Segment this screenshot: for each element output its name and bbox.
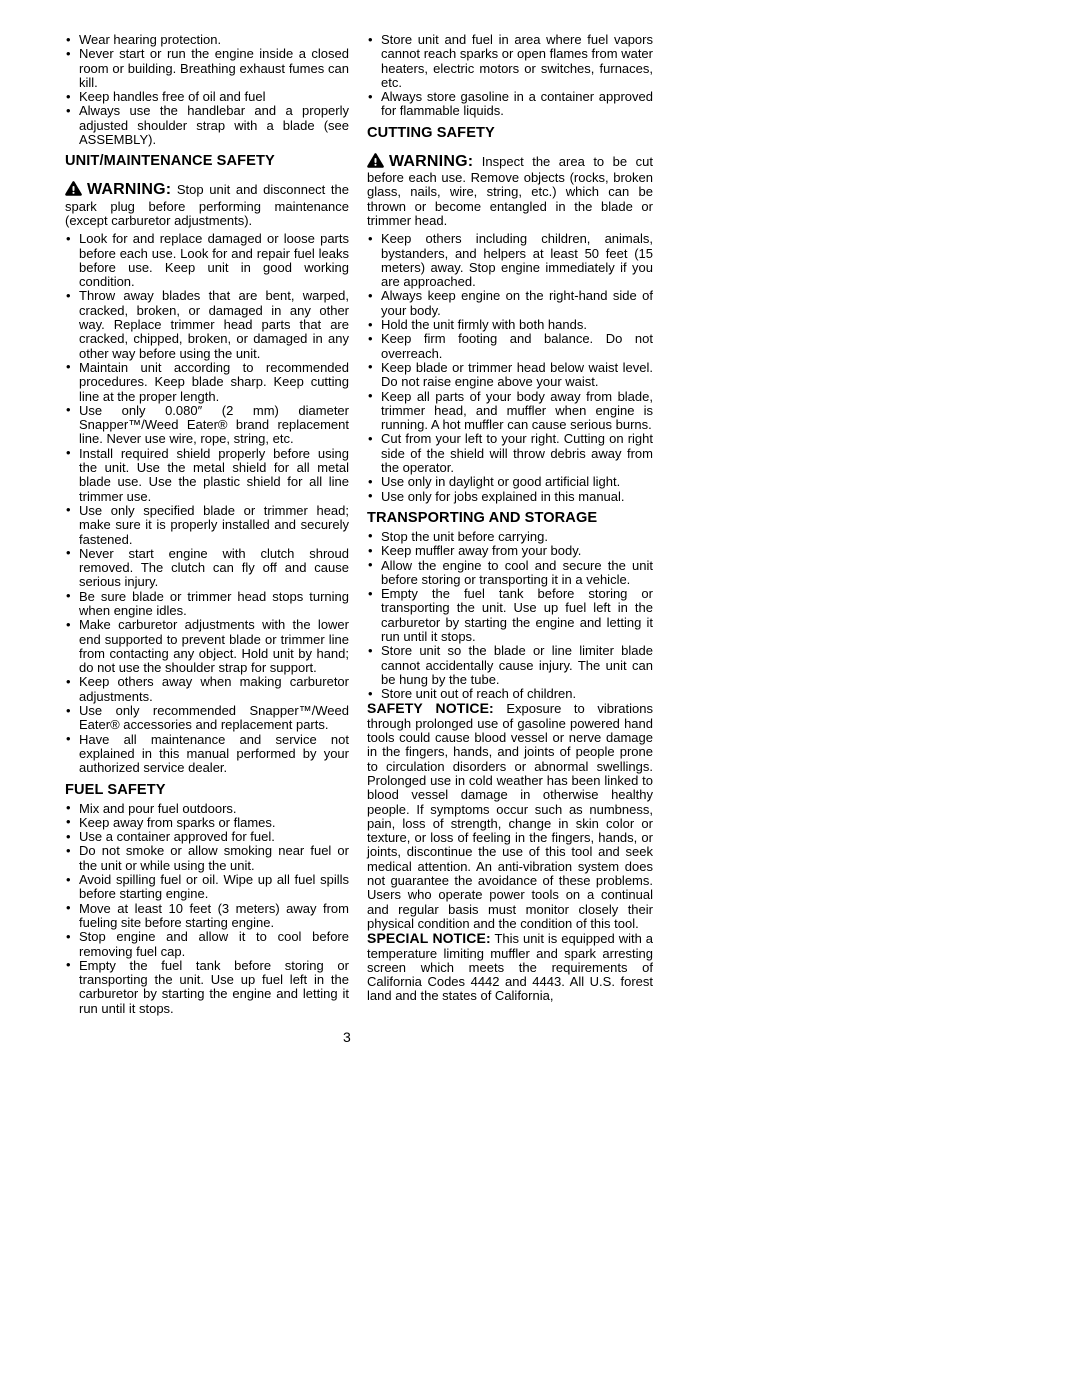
manual-page: •Wear hearing protection.•Never start or…: [0, 0, 1080, 1397]
list-item-text: Wear hearing protection.: [79, 32, 221, 47]
bullet-icon: •: [66, 901, 71, 915]
list-item-text: Install required shield properly before …: [79, 446, 349, 504]
bullet-icon: •: [66, 801, 71, 815]
list-item: •Use only in daylight or good artificial…: [367, 475, 653, 489]
list-item-text: Look for and replace damaged or loose pa…: [79, 231, 349, 289]
list-item: •Cut from your left to your right. Cutti…: [367, 432, 653, 475]
list-item: •Install required shield properly before…: [65, 447, 349, 504]
bullet-icon: •: [66, 232, 71, 246]
list-item: •Always store gasoline in a container ap…: [367, 90, 653, 119]
bullet-icon: •: [66, 33, 71, 47]
list-item-text: Stop the unit before carrying.: [381, 529, 548, 544]
list-item-text: Never start or run the engine inside a c…: [79, 46, 349, 90]
list-item: •Use only for jobs explained in this man…: [367, 490, 653, 504]
bullet-list: •Keep others including children, animals…: [367, 232, 653, 504]
list-item: •Never start engine with clutch shroud r…: [65, 547, 349, 590]
notice-paragraph: SPECIAL NOTICE: This unit is equipped wi…: [367, 931, 653, 1003]
bullet-icon: •: [368, 289, 373, 303]
warning-triangle-icon: [367, 153, 384, 171]
list-item: •Make carburetor adjustments with the lo…: [65, 618, 349, 675]
bullet-icon: •: [368, 389, 373, 403]
list-item-text: Hold the unit firmly with both hands.: [381, 317, 587, 332]
bullet-list: •Stop the unit before carrying.•Keep muf…: [367, 530, 653, 702]
bullet-icon: •: [368, 687, 373, 701]
list-item: •Use only specified blade or trimmer hea…: [65, 504, 349, 547]
bullet-icon: •: [66, 618, 71, 632]
list-item: •Stop the unit before carrying.: [367, 530, 653, 544]
list-item: •Do not smoke or allow smoking near fuel…: [65, 844, 349, 873]
list-item-text: Empty the fuel tank before storing or tr…: [79, 958, 349, 1016]
list-item: •Move at least 10 feet (3 meters) away f…: [65, 902, 349, 931]
list-item: •Hold the unit firmly with both hands.: [367, 318, 653, 332]
bullet-icon: •: [368, 489, 373, 503]
list-item-text: Use only in daylight or good artificial …: [381, 474, 620, 489]
list-item: •Keep blade or trimmer head below waist …: [367, 361, 653, 390]
bullet-icon: •: [66, 675, 71, 689]
bullet-icon: •: [66, 90, 71, 104]
list-item-text: Store unit so the blade or line limiter …: [381, 643, 653, 687]
list-item-text: Keep firm footing and balance. Do not ov…: [381, 331, 653, 360]
list-item-text: Allow the engine to cool and secure the …: [381, 558, 653, 587]
list-item-text: Empty the fuel tank before storing or tr…: [381, 586, 653, 644]
bullet-icon: •: [66, 830, 71, 844]
bullet-icon: •: [368, 232, 373, 246]
list-item-text: Always use the handlebar and a properly …: [79, 103, 349, 147]
list-item-text: Keep blade or trimmer head below waist l…: [381, 360, 653, 389]
list-item: •Have all maintenance and service not ex…: [65, 733, 349, 776]
list-item-text: Always store gasoline in a container app…: [381, 89, 653, 118]
bullet-icon: •: [368, 644, 373, 658]
list-item-text: Keep others away when making carburetor …: [79, 674, 349, 703]
list-item-text: Be sure blade or trimmer head stops turn…: [79, 589, 349, 618]
bullet-icon: •: [368, 332, 373, 346]
list-item: •Store unit and fuel in area where fuel …: [367, 33, 653, 90]
column-right: •Store unit and fuel in area where fuel …: [367, 33, 653, 1004]
list-item: •Mix and pour fuel outdoors.: [65, 802, 349, 816]
list-item: •Empty the fuel tank before storing or t…: [65, 959, 349, 1016]
page-number: 3: [343, 1029, 351, 1045]
list-item-text: Have all maintenance and service not exp…: [79, 732, 349, 776]
list-item-text: Maintain unit according to recommended p…: [79, 360, 349, 404]
list-item: •Keep muffler away from your body.: [367, 544, 653, 558]
list-item: •Keep others away when making carburetor…: [65, 675, 349, 704]
bullet-icon: •: [66, 844, 71, 858]
list-item-text: Keep all parts of your body away from bl…: [381, 389, 653, 433]
bullet-list: •Store unit and fuel in area where fuel …: [367, 33, 653, 119]
bullet-icon: •: [66, 503, 71, 517]
list-item-text: Keep away from sparks or flames.: [79, 815, 276, 830]
list-item-text: Do not smoke or allow smoking near fuel …: [79, 843, 349, 872]
list-item: •Avoid spilling fuel or oil. Wipe up all…: [65, 873, 349, 902]
list-item: •Wear hearing protection.: [65, 33, 349, 47]
list-item: •Always use the handlebar and a properly…: [65, 104, 349, 147]
bullet-icon: •: [368, 432, 373, 446]
warning-label: WARNING:: [87, 181, 171, 198]
bullet-icon: •: [368, 90, 373, 104]
list-item: •Stop engine and allow it to cool before…: [65, 930, 349, 959]
bullet-icon: •: [66, 704, 71, 718]
bullet-icon: •: [66, 815, 71, 829]
bullet-icon: •: [66, 873, 71, 887]
list-item: •Keep away from sparks or flames.: [65, 816, 349, 830]
list-item: •Be sure blade or trimmer head stops tur…: [65, 590, 349, 619]
list-item-text: Use only 0.080″ (2 mm) diameter Snapper™…: [79, 403, 349, 447]
bullet-icon: •: [368, 360, 373, 374]
bullet-icon: •: [66, 589, 71, 603]
column-left: •Wear hearing protection.•Never start or…: [65, 33, 349, 1016]
bullet-icon: •: [66, 403, 71, 417]
list-item: •Use a container approved for fuel.: [65, 830, 349, 844]
bullet-icon: •: [66, 360, 71, 374]
bullet-icon: •: [66, 47, 71, 61]
list-item: •Look for and replace damaged or loose p…: [65, 232, 349, 289]
section-heading: FUEL SAFETY: [65, 782, 349, 799]
bullet-icon: •: [368, 318, 373, 332]
bullet-icon: •: [66, 446, 71, 460]
bullet-icon: •: [66, 546, 71, 560]
bullet-icon: •: [368, 544, 373, 558]
warning-label: WARNING:: [389, 153, 473, 170]
section-heading: UNIT/MAINTENANCE SAFETY: [65, 153, 349, 170]
warning-paragraph: WARNING: Inspect the area to be cut befo…: [367, 153, 653, 228]
warning-triangle-icon: [65, 181, 82, 199]
list-item-text: Use only for jobs explained in this manu…: [381, 489, 625, 504]
bullet-icon: •: [66, 104, 71, 118]
bullet-icon: •: [66, 732, 71, 746]
notice-text: Exposure to vibrations through prolonged…: [367, 701, 653, 930]
section-heading: TRANSPORTING AND STORAGE: [367, 510, 653, 527]
document-page: { "page": { "number": "3" }, "icons": { …: [0, 0, 1080, 1397]
list-item: •Keep handles free of oil and fuel: [65, 90, 349, 104]
list-item: •Keep others including children, animals…: [367, 232, 653, 289]
bullet-icon: •: [368, 33, 373, 47]
bullet-icon: •: [66, 958, 71, 972]
bullet-icon: •: [66, 289, 71, 303]
list-item: •Keep firm footing and balance. Do not o…: [367, 332, 653, 361]
list-item: •Use only 0.080″ (2 mm) diameter Snapper…: [65, 404, 349, 447]
bullet-icon: •: [368, 587, 373, 601]
list-item-text: Throw away blades that are bent, warped,…: [79, 288, 349, 360]
list-item-text: Keep others including children, animals,…: [381, 231, 653, 289]
list-item-text: Make carburetor adjustments with the low…: [79, 617, 349, 675]
list-item: •Allow the engine to cool and secure the…: [367, 559, 653, 588]
list-item-text: Never start engine with clutch shroud re…: [79, 546, 349, 590]
list-item: •Store unit out of reach of children.: [367, 687, 653, 701]
list-item-text: Keep muffler away from your body.: [381, 543, 581, 558]
list-item: •Store unit so the blade or line limiter…: [367, 644, 653, 687]
list-item: •Empty the fuel tank before storing or t…: [367, 587, 653, 644]
list-item-text: Use only specified blade or trimmer head…: [79, 503, 349, 547]
bullet-list: •Look for and replace damaged or loose p…: [65, 232, 349, 775]
list-item: •Throw away blades that are bent, warped…: [65, 289, 349, 360]
list-item-text: Avoid spilling fuel or oil. Wipe up all …: [79, 872, 349, 901]
list-item-text: Keep handles free of oil and fuel: [79, 89, 265, 104]
list-item-text: Use only recommended Snapper™/Weed Eater…: [79, 703, 349, 732]
bullet-list: •Mix and pour fuel outdoors.•Keep away f…: [65, 802, 349, 1016]
bullet-icon: •: [368, 558, 373, 572]
list-item-text: Use a container approved for fuel.: [79, 829, 275, 844]
list-item-text: Store unit and fuel in area where fuel v…: [381, 32, 653, 90]
list-item-text: Cut from your left to your right. Cuttin…: [381, 431, 653, 475]
notice-paragraph: SAFETY NOTICE: Exposure to vibrations th…: [367, 701, 653, 931]
list-item: •Use only recommended Snapper™/Weed Eate…: [65, 704, 349, 733]
notice-label: SAFETY NOTICE:: [367, 700, 494, 716]
bullet-icon: •: [368, 475, 373, 489]
list-item: •Always keep engine on the right-hand si…: [367, 289, 653, 318]
list-item: •Never start or run the engine inside a …: [65, 47, 349, 90]
bullet-icon: •: [368, 529, 373, 543]
list-item: •Keep all parts of your body away from b…: [367, 390, 653, 433]
notice-label: SPECIAL NOTICE:: [367, 930, 491, 946]
list-item-text: Mix and pour fuel outdoors.: [79, 801, 237, 816]
list-item: •Maintain unit according to recommended …: [65, 361, 349, 404]
warning-paragraph: WARNING: Stop unit and disconnect the sp…: [65, 181, 349, 228]
list-item-text: Always keep engine on the right-hand sid…: [381, 288, 653, 317]
bullet-list: •Wear hearing protection.•Never start or…: [65, 33, 349, 147]
bullet-icon: •: [66, 930, 71, 944]
list-item-text: Store unit out of reach of children.: [381, 686, 576, 701]
list-item-text: Move at least 10 feet (3 meters) away fr…: [79, 901, 349, 930]
list-item-text: Stop engine and allow it to cool before …: [79, 929, 349, 958]
section-heading: CUTTING SAFETY: [367, 125, 653, 142]
